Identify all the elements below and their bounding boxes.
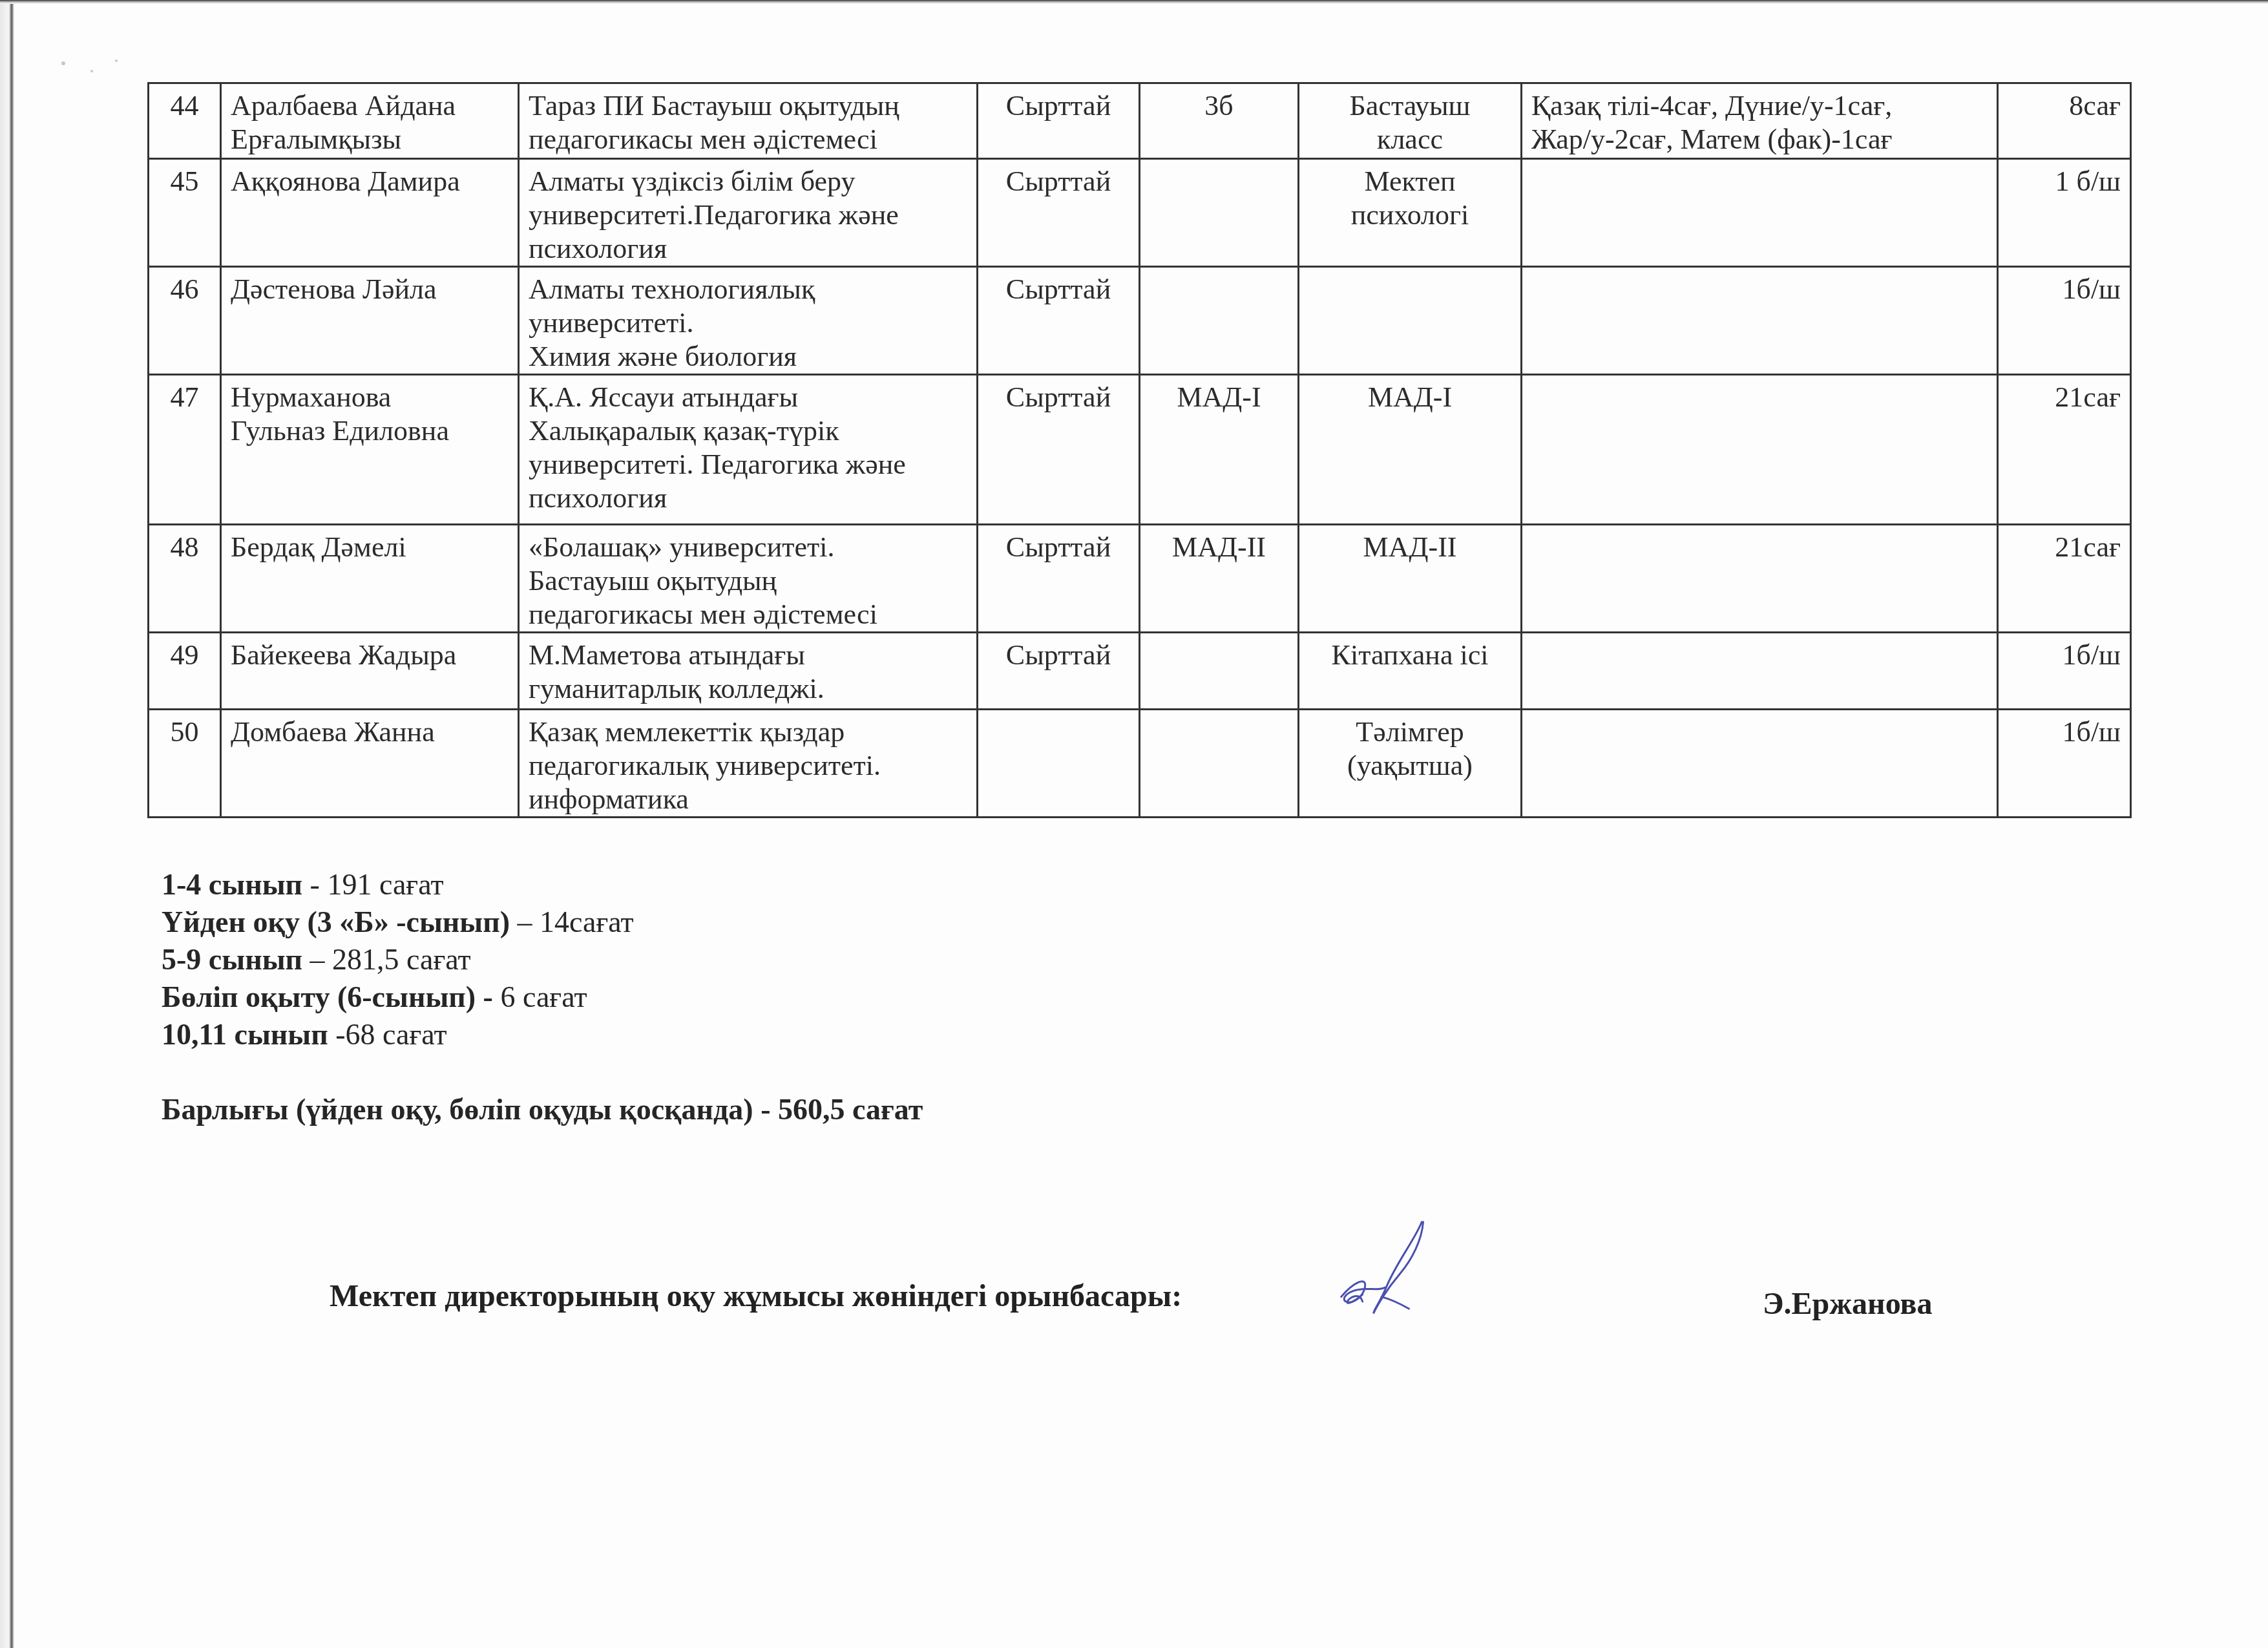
signatory-name: Э.Ержанова bbox=[1763, 1286, 1932, 1322]
teaching-load-cell: 8сағ bbox=[1998, 83, 2131, 159]
teacher-name-cell: Аралбаева АйданаЕрғалымқызы bbox=[221, 83, 519, 159]
subjects-hours-cell bbox=[1522, 525, 1998, 633]
subjects-hours-cell bbox=[1522, 375, 1998, 525]
table-row: 49Байекеева ЖадыраМ.Маметова атындағыгум… bbox=[149, 633, 2131, 710]
subjects-hours-cell bbox=[1522, 159, 1998, 267]
education-line: педагогикасы мен әдістемесі bbox=[529, 598, 967, 631]
education-line: Алматы үздіксіз білім беру bbox=[529, 165, 967, 198]
education-line: Тараз ПИ Бастауыш оқытудың bbox=[529, 89, 967, 123]
position-cell: МАД-I bbox=[1299, 375, 1522, 525]
subjects-hours-cell bbox=[1522, 710, 1998, 818]
subjects-hours-cell: Қазақ тілі-4сағ, Дүние/у-1сағ,Жар/у-2сағ… bbox=[1522, 83, 1998, 159]
teacher-name-cell: Домбаева Жанна bbox=[221, 710, 519, 818]
teaching-load-cell: 1 б/ш bbox=[1998, 159, 2131, 267]
position-cell: МАД-II bbox=[1299, 525, 1522, 633]
education-line: Бастауыш оқытудың bbox=[529, 564, 967, 598]
summary-line: Үйден оқу (3 «Б» -сынып) – 14сағат bbox=[162, 903, 923, 941]
teacher-name-line: Аққоянова Дамира bbox=[231, 165, 509, 198]
study-form-cell: Сырттай bbox=[978, 525, 1140, 633]
education-line: Алматы технологиялық bbox=[529, 273, 967, 306]
summary-label: 5-9 сынып bbox=[162, 943, 302, 976]
education-cell: Қазақ мемлекеттік қыздарпедагогикалық ун… bbox=[519, 710, 978, 818]
teacher-name-line: Домбаева Жанна bbox=[231, 715, 509, 749]
table-row: 44Аралбаева АйданаЕрғалымқызыТараз ПИ Ба… bbox=[149, 83, 2131, 159]
education-line: Қ.А. Яссауи атындағы bbox=[529, 381, 967, 414]
summary-value: – 281,5 сағат bbox=[302, 943, 471, 976]
row-number-cell: 44 bbox=[149, 83, 221, 159]
study-form-cell: Сырттай bbox=[978, 83, 1140, 159]
study-form-cell: Сырттай bbox=[978, 267, 1140, 375]
summary-label: Үйден оқу (3 «Б» -сынып) bbox=[162, 905, 510, 938]
staff-table: 44Аралбаева АйданаЕрғалымқызыТараз ПИ Ба… bbox=[147, 82, 2132, 818]
education-line: Қазақ мемлекеттік қыздар bbox=[529, 715, 967, 749]
education-line: «Болашақ» университеті. bbox=[529, 531, 967, 564]
subjects-hours-line: Қазақ тілі-4сағ, Дүние/у-1сағ, bbox=[1531, 89, 1988, 123]
position-line: Кітапхана ісі bbox=[1308, 639, 1511, 672]
table-row: 50Домбаева ЖаннаҚазақ мемлекеттік қыздар… bbox=[149, 710, 2131, 818]
table-row: 47НурмахановаГульназ ЕдиловнаҚ.А. Яссауи… bbox=[149, 375, 2131, 525]
position-line: класс bbox=[1308, 123, 1511, 156]
teacher-name-line: Ерғалымқызы bbox=[231, 123, 509, 156]
education-line: Химия және биология bbox=[529, 340, 967, 374]
scan-speck bbox=[61, 61, 65, 65]
position-cell bbox=[1299, 267, 1522, 375]
education-cell: «Болашақ» университеті.Бастауыш оқытудың… bbox=[519, 525, 978, 633]
summary-line: 10,11 сынып -68 сағат bbox=[162, 1016, 923, 1053]
education-cell: М.Маметова атындағыгуманитарлық колледжі… bbox=[519, 633, 978, 710]
row-number-cell: 45 bbox=[149, 159, 221, 267]
hours-summary: 1-4 сынып - 191 сағатҮйден оқу (3 «Б» -с… bbox=[162, 866, 923, 1128]
summary-line: 1-4 сынып - 191 сағат bbox=[162, 866, 923, 903]
study-form-cell: Сырттай bbox=[978, 375, 1140, 525]
education-line: университеті.Педагогика және bbox=[529, 198, 967, 232]
position-cell: Тәлімгер(уақытша) bbox=[1299, 710, 1522, 818]
position-line: Тәлімгер bbox=[1308, 715, 1511, 749]
education-line: университеті. Педагогика және bbox=[529, 448, 967, 481]
scan-speck bbox=[90, 70, 93, 72]
scan-speck bbox=[115, 59, 118, 62]
teaching-load-cell: 21сағ bbox=[1998, 525, 2131, 633]
summary-value: - 191 сағат bbox=[302, 868, 443, 901]
summary-value: 6 сағат bbox=[493, 980, 587, 1013]
row-number-cell: 49 bbox=[149, 633, 221, 710]
position-line: МАД-I bbox=[1308, 381, 1511, 414]
summary-line: 5-9 сынып – 281,5 сағат bbox=[162, 941, 923, 978]
teacher-name-line: Байекеева Жадыра bbox=[231, 639, 509, 672]
education-cell: Алматы технологиялықуниверситеті.Химия ж… bbox=[519, 267, 978, 375]
class-assignment-cell bbox=[1140, 267, 1299, 375]
teacher-name-line: Гульназ Едиловна bbox=[231, 414, 509, 448]
education-line: гуманитарлық колледжі. bbox=[529, 672, 967, 706]
position-line: (уақытша) bbox=[1308, 749, 1511, 783]
scan-edge-top bbox=[0, 0, 2268, 4]
class-assignment-cell bbox=[1140, 633, 1299, 710]
class-assignment-cell: МАД-II bbox=[1140, 525, 1299, 633]
row-number-cell: 47 bbox=[149, 375, 221, 525]
teaching-load-cell: 1б/ш bbox=[1998, 267, 2131, 375]
education-cell: Тараз ПИ Бастауыш оқытудыңпедагогикасы м… bbox=[519, 83, 978, 159]
class-assignment-cell bbox=[1140, 710, 1299, 818]
class-assignment-cell: МАД-I bbox=[1140, 375, 1299, 525]
education-cell: Алматы үздіксіз білім берууниверситеті.П… bbox=[519, 159, 978, 267]
signature-title: Мектеп директорының оқу жұмысы жөніндегі… bbox=[330, 1278, 1182, 1314]
education-line: педагогикасы мен әдістемесі bbox=[529, 123, 967, 156]
teacher-name-line: Аралбаева Айдана bbox=[231, 89, 509, 123]
education-cell: Қ.А. Яссауи атындағыХалықаралық қазақ-тү… bbox=[519, 375, 978, 525]
teacher-name-cell: Дәстенова Ләйла bbox=[221, 267, 519, 375]
education-line: М.Маметова атындағы bbox=[529, 639, 967, 672]
education-line: информатика bbox=[529, 783, 967, 816]
teaching-load-cell: 21сағ bbox=[1998, 375, 2131, 525]
summary-line: Бөліп оқыту (6-сынып) - 6 сағат bbox=[162, 978, 923, 1016]
study-form-cell: Сырттай bbox=[978, 633, 1140, 710]
subjects-hours-cell bbox=[1522, 633, 1998, 710]
teacher-name-cell: Аққоянова Дамира bbox=[221, 159, 519, 267]
teacher-name-cell: Бердақ Дәмелі bbox=[221, 525, 519, 633]
scan-edge bbox=[0, 0, 14, 1648]
education-line: психология bbox=[529, 232, 967, 266]
teacher-name-line: Дәстенова Ләйла bbox=[231, 273, 509, 306]
subjects-hours-line: Жар/у-2сағ, Матем (фак)-1сағ bbox=[1531, 123, 1988, 156]
row-number-cell: 46 bbox=[149, 267, 221, 375]
education-line: университеті. bbox=[529, 306, 967, 340]
class-assignment-cell: 3б bbox=[1140, 83, 1299, 159]
row-number-cell: 48 bbox=[149, 525, 221, 633]
study-form-cell bbox=[978, 710, 1140, 818]
position-line: психологі bbox=[1308, 198, 1511, 232]
table-row: 46Дәстенова ЛәйлаАлматы технологиялықуни… bbox=[149, 267, 2131, 375]
subjects-hours-cell bbox=[1522, 267, 1998, 375]
summary-label: Бөліп оқыту (6-сынып) - bbox=[162, 980, 493, 1013]
summary-value: -68 сағат bbox=[328, 1018, 447, 1051]
position-cell: Кітапхана ісі bbox=[1299, 633, 1522, 710]
signature-icon bbox=[1325, 1202, 1467, 1344]
row-number-cell: 50 bbox=[149, 710, 221, 818]
table-row: 48Бердақ Дәмелі«Болашақ» университеті.Ба… bbox=[149, 525, 2131, 633]
position-line: Мектеп bbox=[1308, 165, 1511, 198]
table-row: 45Аққоянова ДамираАлматы үздіксіз білім … bbox=[149, 159, 2131, 267]
summary-label: 1-4 сынып bbox=[162, 868, 302, 901]
teacher-name-cell: НурмахановаГульназ Едиловна bbox=[221, 375, 519, 525]
position-line: МАД-II bbox=[1308, 531, 1511, 564]
study-form-cell: Сырттай bbox=[978, 159, 1140, 267]
class-assignment-cell bbox=[1140, 159, 1299, 267]
education-line: педагогикалық университеті. bbox=[529, 749, 967, 783]
teaching-load-cell: 1б/ш bbox=[1998, 710, 2131, 818]
summary-value: – 14сағат bbox=[510, 905, 634, 938]
teaching-load-cell: 1б/ш bbox=[1998, 633, 2131, 710]
position-cell: Мектеппсихологі bbox=[1299, 159, 1522, 267]
education-line: психология bbox=[529, 481, 967, 515]
teacher-name-line: Нурмаханова bbox=[231, 381, 509, 414]
teacher-name-cell: Байекеева Жадыра bbox=[221, 633, 519, 710]
position-cell: Бастауышкласс bbox=[1299, 83, 1522, 159]
position-line: Бастауыш bbox=[1308, 89, 1511, 123]
education-line: Халықаралық қазақ-түрік bbox=[529, 414, 967, 448]
summary-total: Барлығы (үйден оқу, бөліп оқуды қосқанда… bbox=[162, 1091, 923, 1128]
teacher-name-line: Бердақ Дәмелі bbox=[231, 531, 509, 564]
summary-label: 10,11 сынып bbox=[162, 1018, 328, 1051]
